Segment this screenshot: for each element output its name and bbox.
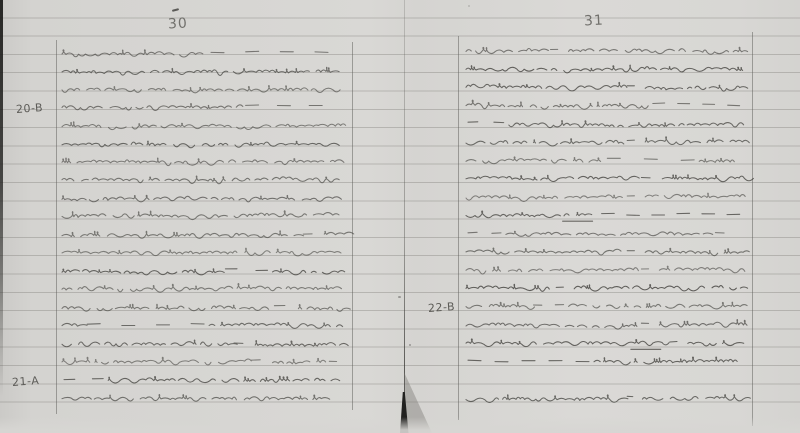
handwritten-line xyxy=(62,357,337,365)
handwritten-line xyxy=(62,395,330,402)
handwritten-line xyxy=(62,269,345,275)
handwritten-line xyxy=(62,304,350,311)
handwritten-line xyxy=(466,266,745,274)
handwritten-line xyxy=(466,100,740,109)
handwritten-line xyxy=(466,395,750,403)
handwritten-line xyxy=(62,248,341,256)
handwritten-line xyxy=(466,284,748,291)
handwritten-line xyxy=(62,67,345,75)
handwritten-line xyxy=(466,193,745,201)
handwritten-line xyxy=(62,141,344,148)
handwritten-line xyxy=(466,65,743,73)
handwritten-line xyxy=(468,231,724,236)
handwritten-line xyxy=(62,50,328,57)
handwritten-line xyxy=(62,340,348,347)
handwritten-line xyxy=(62,158,344,166)
handwritten-line xyxy=(62,85,340,92)
handwritten-line xyxy=(466,47,748,54)
ink-smudge xyxy=(398,296,401,298)
handwritten-line xyxy=(62,122,346,130)
handwritten-line xyxy=(62,231,354,239)
handwritten-line xyxy=(466,339,744,349)
handwritten-line xyxy=(466,137,749,146)
handwriting-layer xyxy=(0,0,800,433)
handwritten-line xyxy=(468,121,744,128)
handwritten-line xyxy=(62,104,322,111)
handwritten-line xyxy=(466,211,740,221)
ink-smudge xyxy=(409,344,411,346)
handwritten-line xyxy=(466,175,753,182)
manuscript-scan: 30 31 20-B 21-A 22-B xyxy=(0,0,800,433)
handwritten-line xyxy=(62,322,343,328)
handwritten-line xyxy=(466,302,747,309)
handwritten-line xyxy=(468,357,737,365)
handwritten-line xyxy=(466,82,748,91)
handwritten-line xyxy=(466,157,734,164)
handwritten-line xyxy=(62,195,341,202)
handwritten-line xyxy=(64,376,340,383)
handwritten-line xyxy=(466,248,749,256)
ink-smudge xyxy=(468,5,470,7)
handwritten-line xyxy=(62,283,342,292)
handwritten-line xyxy=(62,211,339,220)
handwritten-line xyxy=(62,176,345,184)
handwritten-line xyxy=(466,320,747,330)
paper-bottom-fade xyxy=(0,417,800,433)
